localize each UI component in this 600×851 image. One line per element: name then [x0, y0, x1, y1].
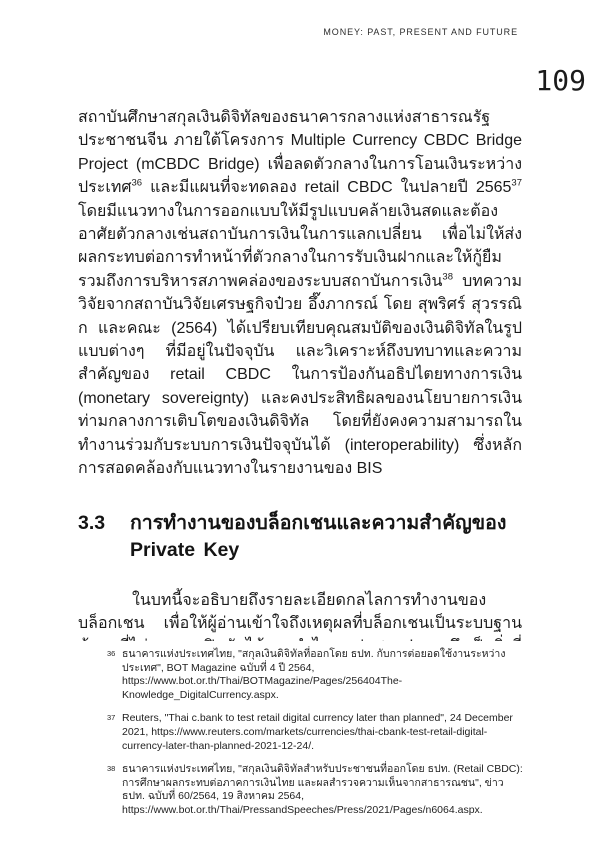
footnote-number: 36 [107, 647, 122, 701]
footnote-number: 37 [107, 711, 122, 752]
document-page: MONEY: PAST, PRESENT AND FUTURE 109 สถาบ… [0, 0, 600, 851]
footnote-ref-36: 36 [132, 178, 143, 189]
section-title: การทำงานของบล็อกเชนและความสำคัญของ Priva… [130, 510, 522, 564]
footnote-36: 36 ธนาคารแห่งประเทศไทย, "สกุลเงินดิจิทัล… [107, 648, 529, 702]
page-content: สถาบันศึกษาสกุลเงินดิจิทัลของธนาคารกลางแ… [78, 106, 522, 641]
footnote-text: ธนาคารแห่งประเทศไทย, "สกุลเงินดิจิทัลสำห… [122, 763, 529, 817]
paragraph-chapter-intro: ในบทนี้จะอธิบายถึงรายละเอียดกลไลการทำงาน… [78, 589, 522, 642]
footnote-number: 38 [107, 762, 122, 816]
section-number: 3.3 [78, 510, 130, 564]
paragraph-text: บทความวิจัยจากสถาบันวิจัยเศรษฐกิจป๋วย อึ… [78, 273, 522, 477]
footnote-text: ธนาคารแห่งประเทศไทย, "สกุลเงินดิจิทัลที่… [122, 648, 529, 702]
footnotes-section: 36 ธนาคารแห่งประเทศไทย, "สกุลเงินดิจิทัล… [107, 648, 529, 828]
section-heading: 3.3 การทำงานของบล็อกเชนและความสำคัญของ P… [78, 510, 522, 564]
paragraph-text: และมีแผนที่จะทดลอง retail CBDC ในปลายปี … [142, 179, 511, 196]
page-number: 109 [535, 64, 586, 97]
footnote-38: 38 ธนาคารแห่งประเทศไทย, "สกุลเงินดิจิทัล… [107, 763, 529, 817]
footnote-ref-37: 37 [511, 178, 522, 189]
running-header: MONEY: PAST, PRESENT AND FUTURE [323, 27, 518, 37]
footnote-ref-38: 38 [442, 272, 453, 283]
footnote-text: Reuters, "Thai c.bank to test retail dig… [122, 712, 529, 753]
paragraph-cbdc: สถาบันศึกษาสกุลเงินดิจิทัลของธนาคารกลางแ… [78, 106, 522, 481]
footnote-37: 37 Reuters, "Thai c.bank to test retail … [107, 712, 529, 753]
